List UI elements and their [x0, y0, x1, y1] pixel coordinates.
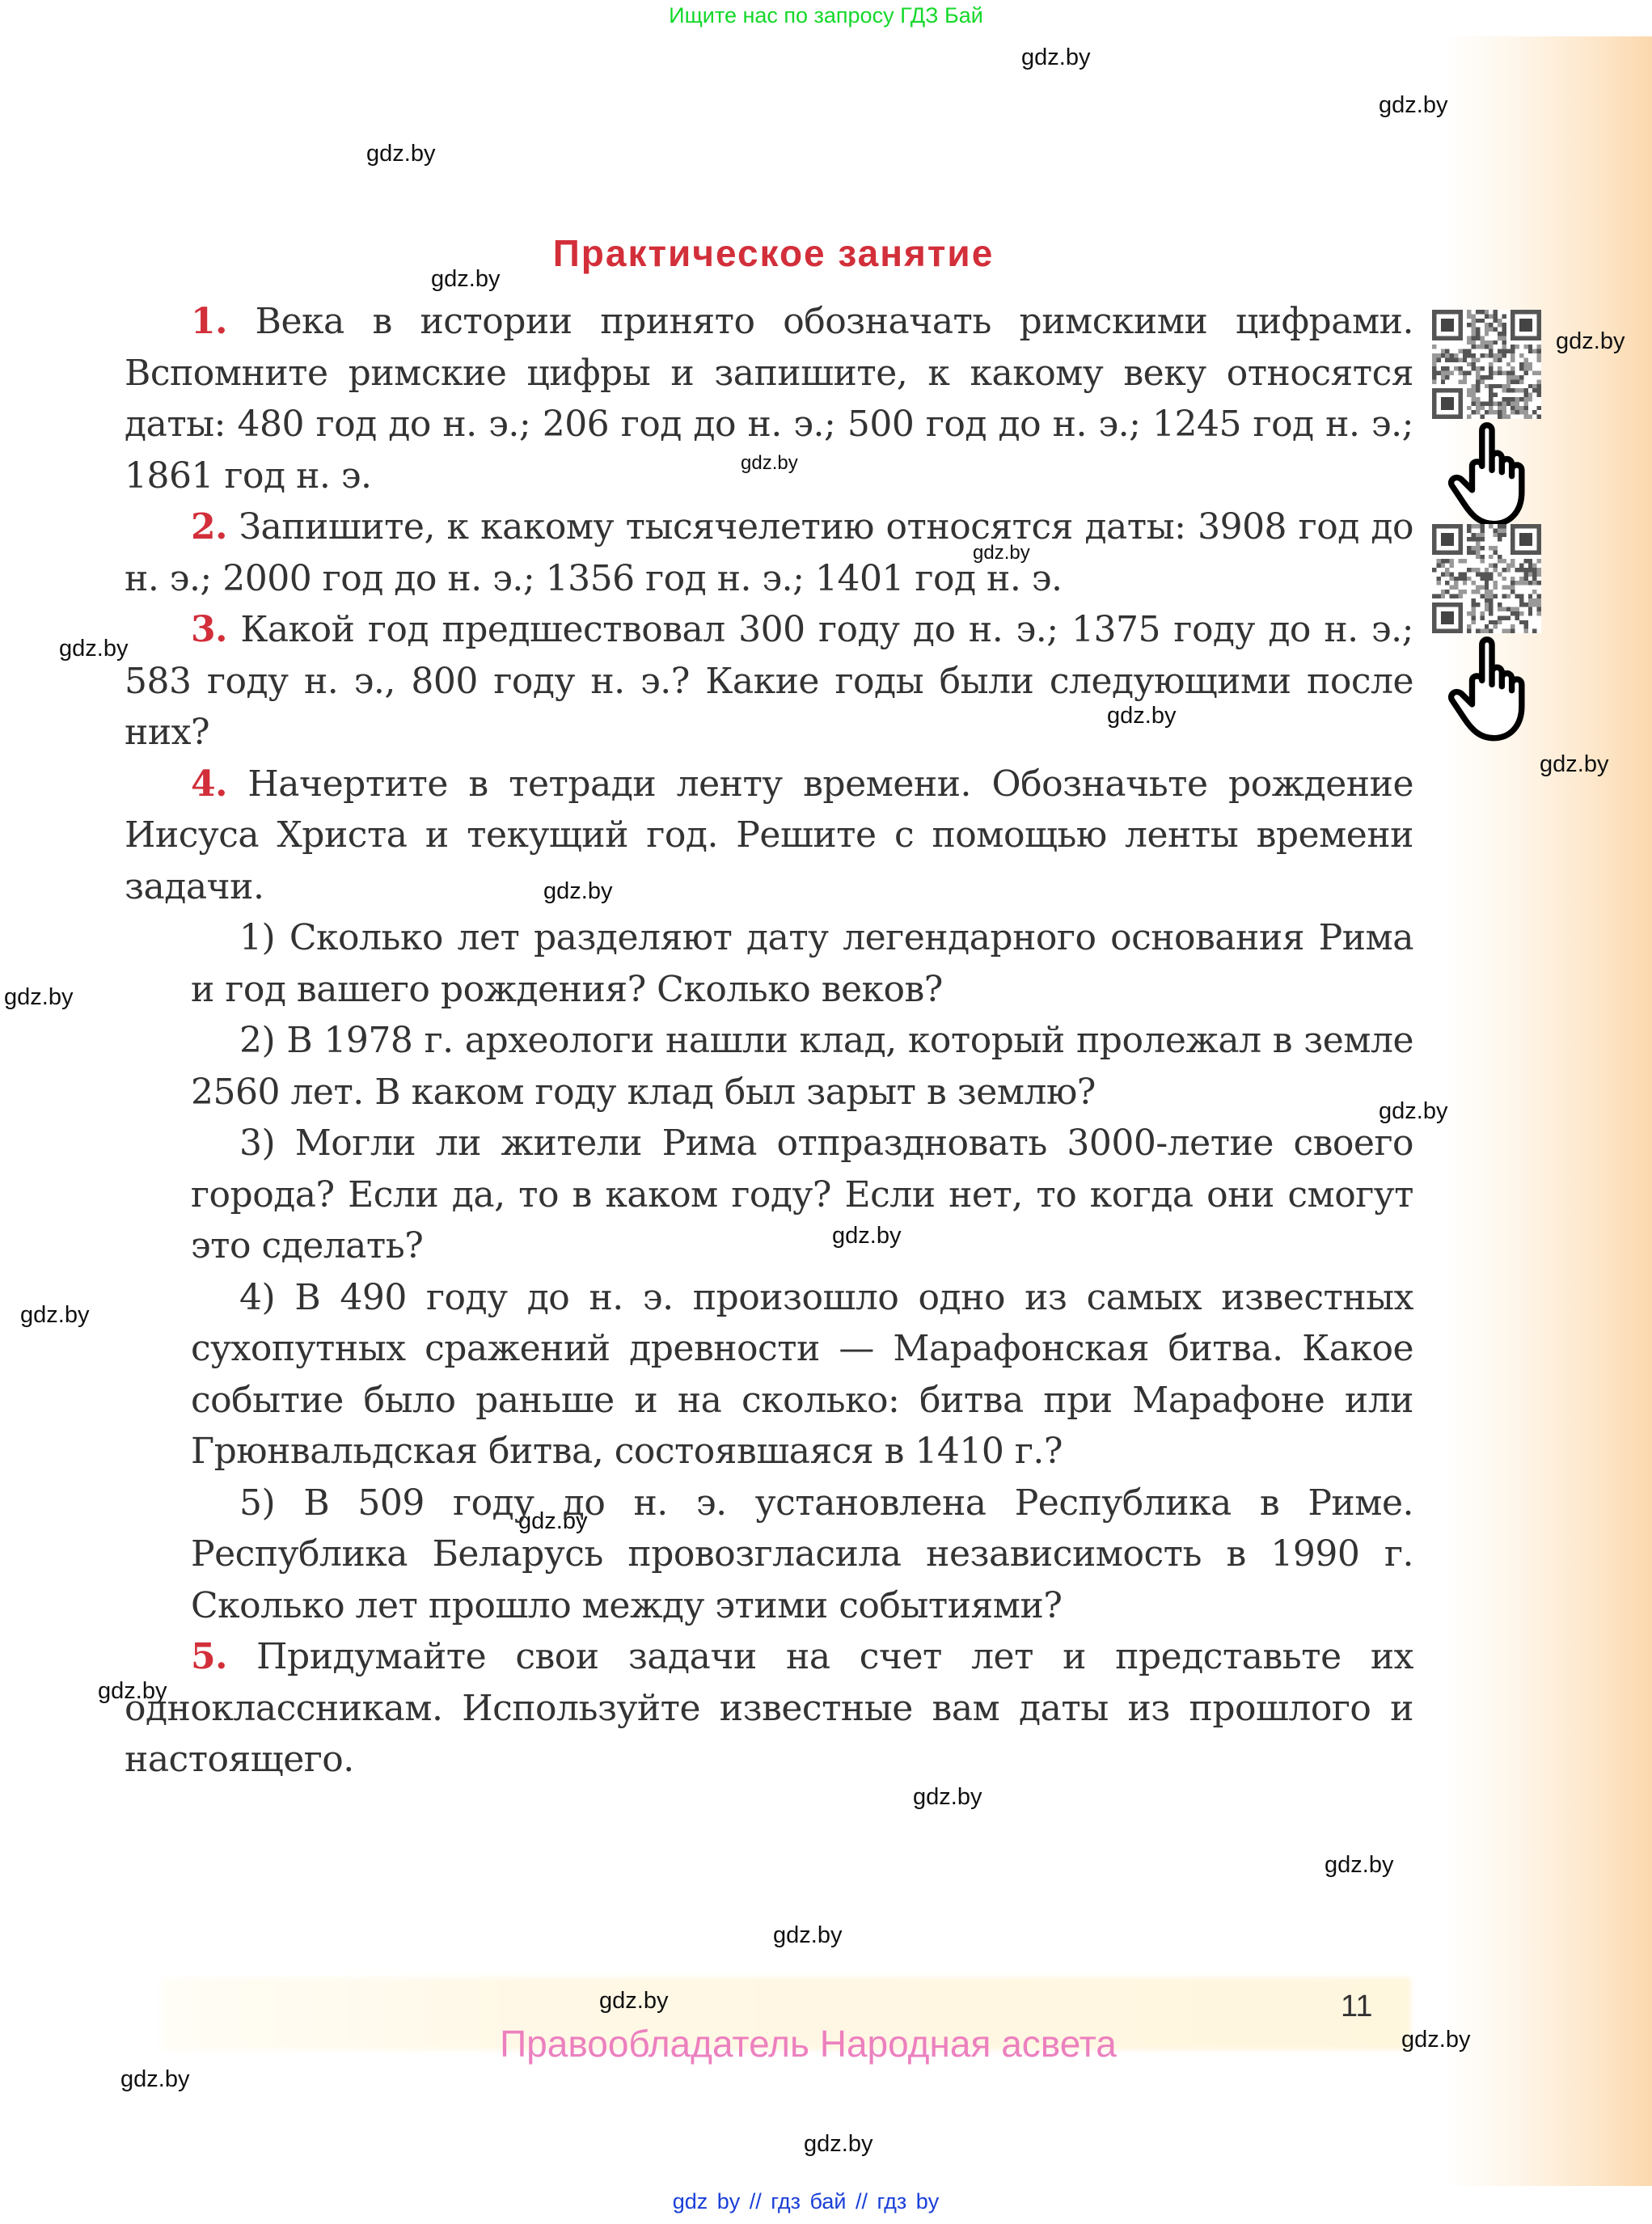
subtask-1: 1) Сколько лет разделяют дату легендарно… — [191, 912, 1413, 1015]
task-number: 3. — [191, 609, 227, 650]
copyright-text: Правообладатель Народная асвета — [500, 2023, 1117, 2065]
task-text: Начертите в тетради ленту времени. Обозн… — [125, 763, 1413, 907]
subtask-text: В 509 году до н. э. установлена Республи… — [191, 1482, 1413, 1626]
search-banner[interactable]: Ищите нас по запросу ГДЗ Бай — [0, 3, 1652, 28]
qr-code-icon[interactable] — [1432, 310, 1541, 419]
task-2: 2. Запишите, к какому тысячелетию относя… — [125, 501, 1413, 604]
watermark: gdz.by — [804, 2133, 872, 2156]
pointing-hand-icon — [1443, 421, 1544, 530]
task-number: 2. — [191, 506, 227, 548]
task-number: 4. — [191, 763, 227, 805]
watermark: gdz.by — [20, 1304, 89, 1327]
watermark: gdz.by — [1379, 94, 1447, 117]
watermark: gdz.by — [1540, 753, 1608, 776]
subtask-4: 4) В 490 году до н. э. произошло одно из… — [191, 1272, 1413, 1478]
watermark: gdz.by — [120, 2068, 189, 2091]
watermark: gdz.by — [1021, 46, 1090, 70]
task-text: Какой год предшествовал 300 году до н. э… — [125, 609, 1413, 753]
subtask-2: 2) В 1978 г. археологи нашли клад, котор… — [191, 1015, 1413, 1118]
watermark: gdz.by — [773, 1924, 842, 1947]
watermark: gdz.by — [1325, 1854, 1393, 1877]
task-5: 5. Придумайте свои задачи на счет лет и … — [125, 1631, 1413, 1786]
copyright-notice: Правообладатель Народная асвета — [0, 2022, 1652, 2065]
task-text: Века в истории принято обозначать римски… — [125, 301, 1413, 497]
task-number: 1. — [191, 301, 227, 342]
subtask-5: 5) В 509 году до н. э. установлена Респу… — [191, 1478, 1413, 1632]
watermark: gdz.by — [4, 986, 73, 1009]
task-number: 5. — [191, 1636, 227, 1677]
task-3: 3. Какой год предшествовал 300 году до н… — [125, 604, 1413, 759]
watermark: gdz.by — [366, 142, 435, 166]
qr-code-icon[interactable] — [1432, 524, 1541, 633]
task-4: 4. Начертите в тетради ленту времени. Об… — [125, 759, 1413, 913]
footer-links-text[interactable]: gdz by // гдз бай // гдз by — [673, 2189, 940, 2213]
subtask-text: Сколько лет разделяют дату легендарного … — [191, 917, 1413, 1010]
subtask-number: 2) — [239, 1020, 275, 1061]
watermark: gdz.by — [1556, 330, 1625, 353]
subtask-3: 3) Могли ли жители Рима отпраздновать 30… — [191, 1118, 1413, 1272]
subtask-number: 3) — [239, 1123, 275, 1164]
task-1: 1. Века в истории принято обозначать рим… — [125, 296, 1413, 501]
subtask-text: Могли ли жители Рима отпраздновать 3000-… — [191, 1123, 1413, 1266]
subtask-text: В 1978 г. археологи нашли клад, который … — [191, 1020, 1413, 1113]
footer-links[interactable]: gdz by // гдз бай // гдз by — [0, 2189, 1652, 2214]
task-text: Придумайте свои задачи на счет лет и пре… — [125, 1636, 1413, 1780]
task-text: Запишите, к какому тысячелетию относятся… — [125, 506, 1413, 599]
watermark: gdz.by — [599, 1989, 668, 2013]
exercise-list: 1. Века в истории принято обозначать рим… — [125, 296, 1413, 1786]
pointing-hand-icon — [1443, 635, 1544, 744]
page-number: 11 — [1341, 1989, 1372, 2024]
page-title: Практическое занятие — [0, 231, 1652, 275]
watermark: gdz.by — [913, 1786, 982, 1809]
watermark: gdz.by — [59, 637, 128, 661]
subtask-number: 1) — [239, 917, 275, 958]
subtask-text: В 490 году до н. э. произошло одно из са… — [191, 1277, 1413, 1473]
page-title-text: Практическое занятие — [553, 232, 995, 274]
subtask-number: 5) — [239, 1482, 275, 1524]
subtask-number: 4) — [239, 1277, 275, 1318]
